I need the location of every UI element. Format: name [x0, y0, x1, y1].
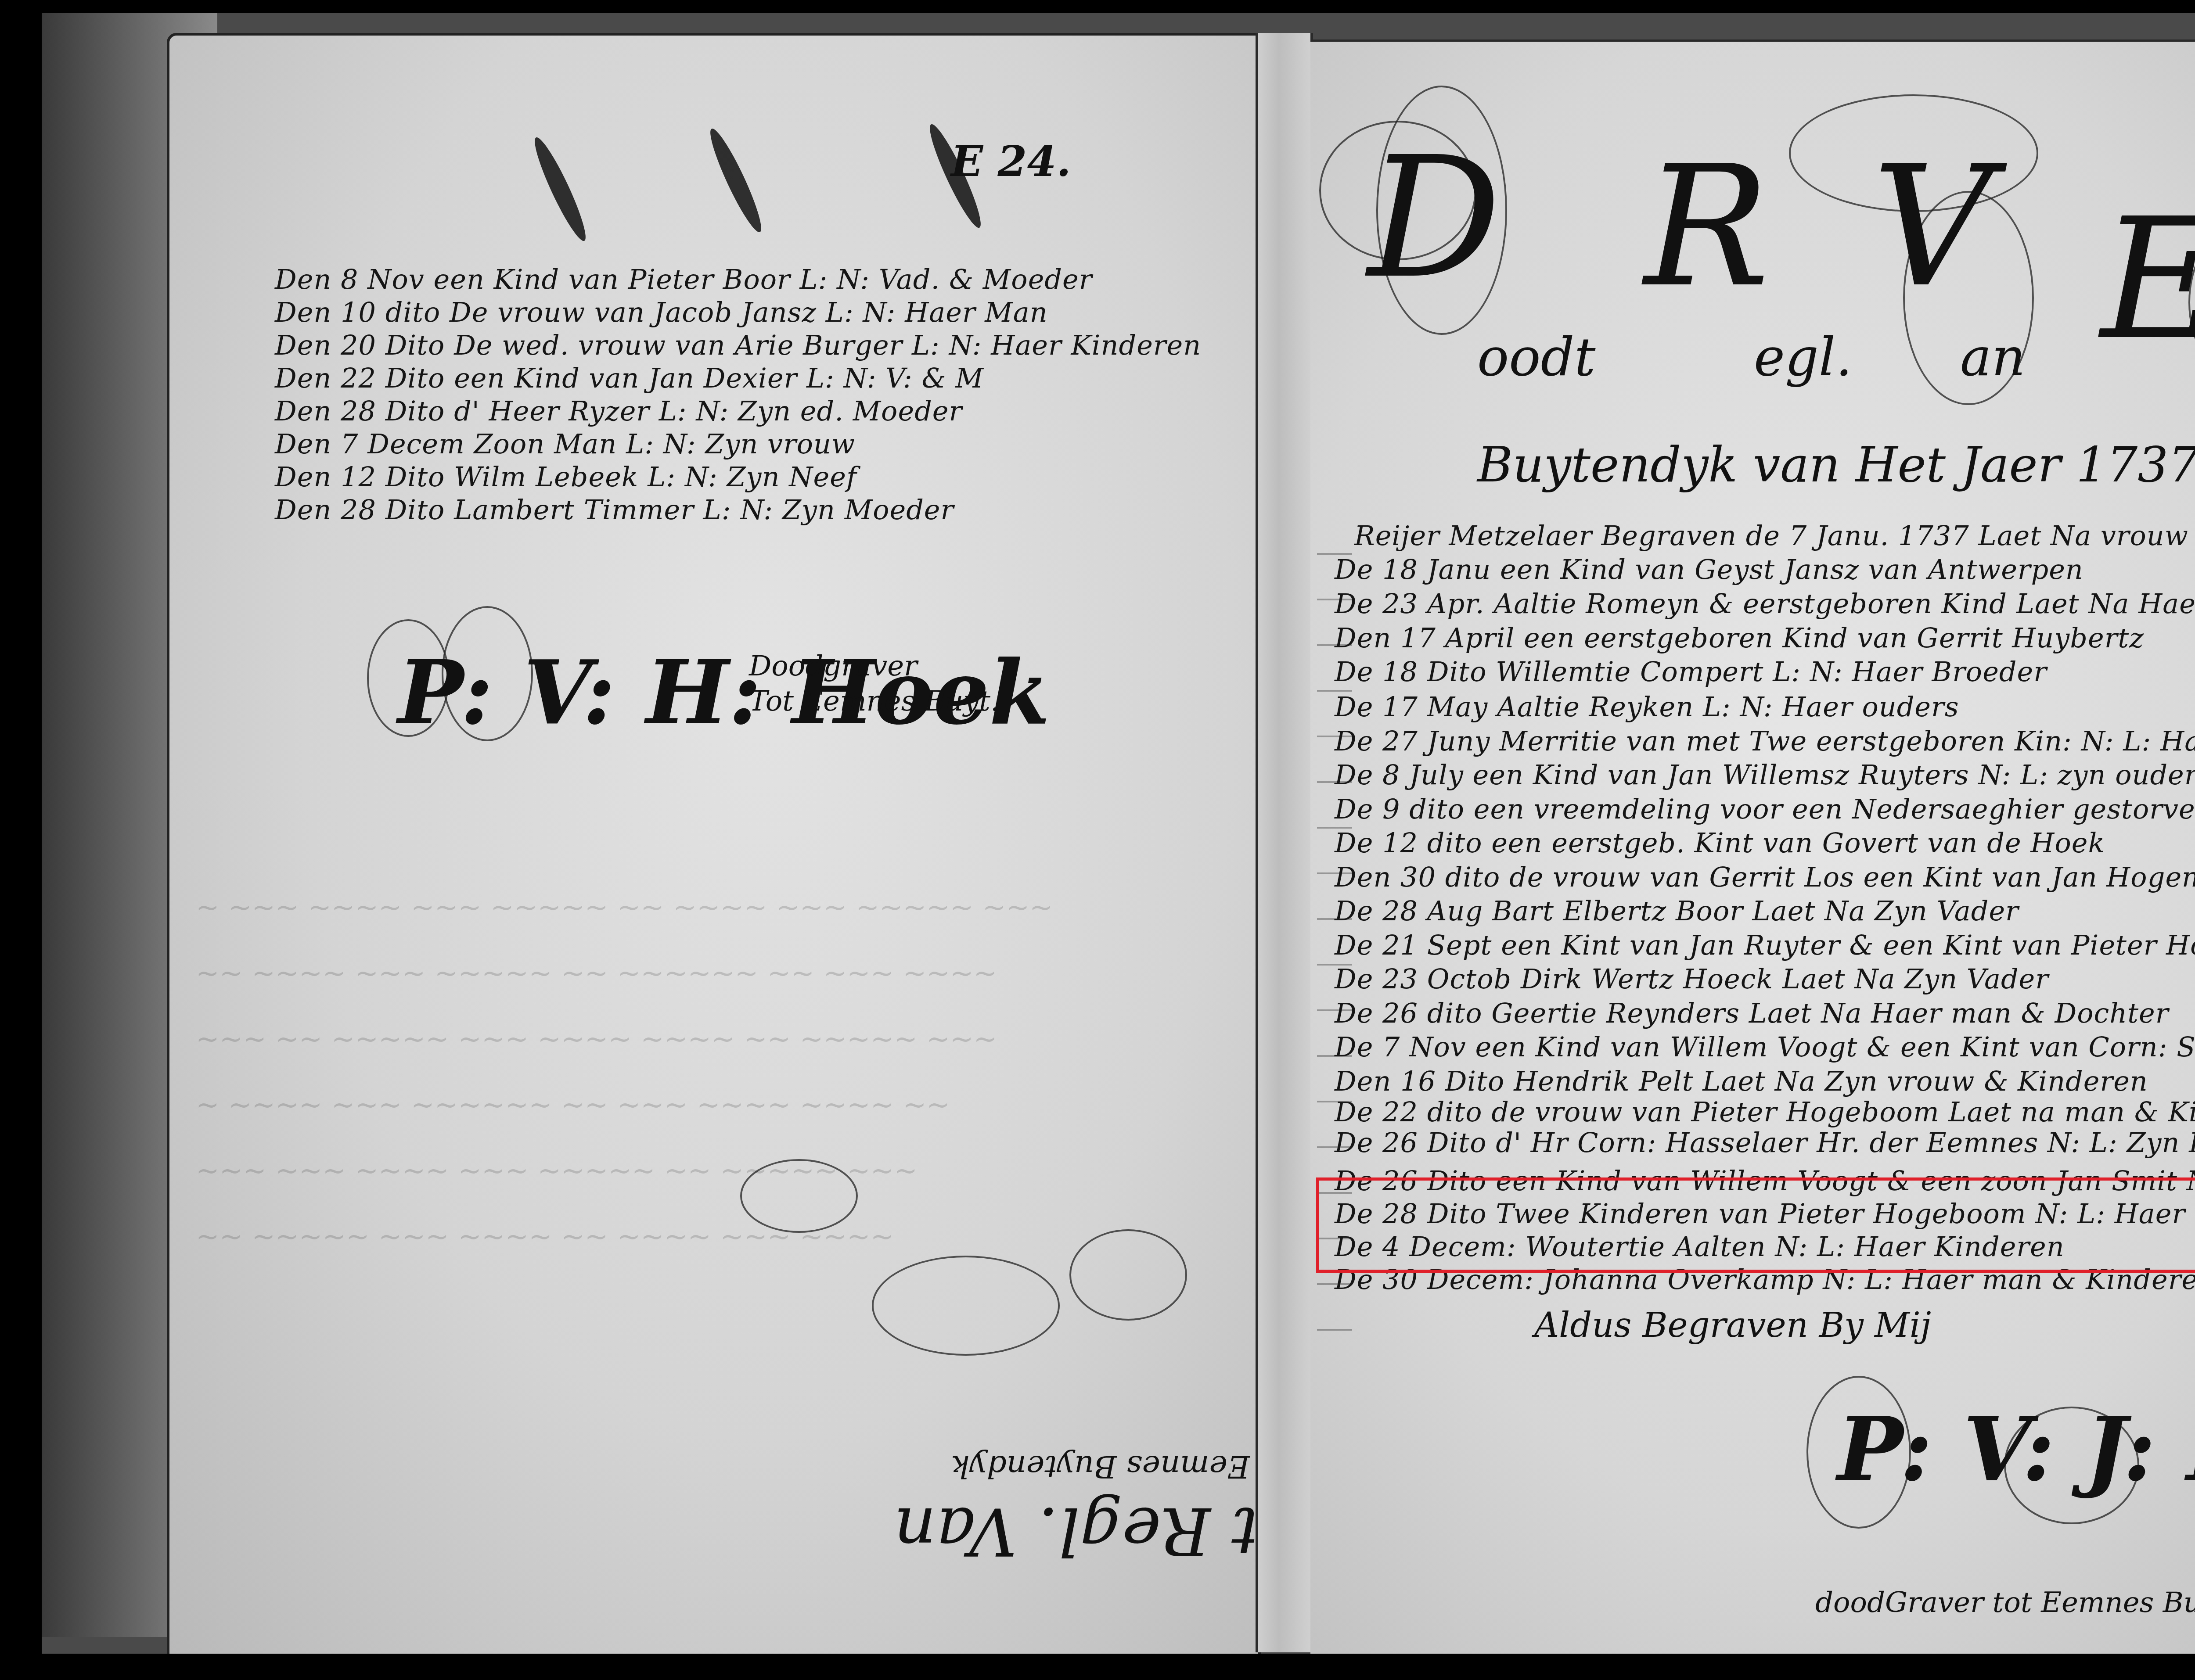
page-subtitle: Buytendyk van Het Jaer 1737: [1477, 437, 2195, 493]
register-entry: De 26 dito Geertie Reynders Laet Na Haer…: [1335, 1000, 2169, 1027]
bleed-through-line: ~ ~~~ ~~~~ ~~~ ~~~~~ ~~ ~~~~ ~~~ ~~~~~ ~…: [196, 891, 1053, 924]
register-entry: De 21 Sept een Kint van Jan Ruyter & een…: [1335, 932, 2195, 959]
highlight-box: [1316, 1177, 2195, 1273]
register-entry: De 22 dito de vrouw van Pieter Hogeboom …: [1335, 1098, 2195, 1126]
register-entry: De 23 Octob Dirk Wertz Hoeck Laet Na Zyn…: [1335, 966, 2049, 993]
signature-title: doodGraver tot Eemnes Buytendijk: [1815, 1587, 2195, 1619]
title-initial: R: [1644, 129, 1765, 324]
register-entry: Reijer Metzelaer Begraven de 7 Janu. 173…: [1354, 522, 2195, 549]
register-entry: De 9 dito een vreemdeling voor een Neder…: [1335, 796, 2195, 823]
register-entry: Den 12 Dito Wilm Lebeek L: N: Zyn Neef: [275, 463, 857, 491]
register-entry: De 26 Dito d' Hr Corn: Hasselaer Hr. der…: [1335, 1129, 2195, 1156]
title-word: egl.: [1754, 327, 1852, 388]
page-edges-spine: [1256, 33, 1313, 1652]
bleed-through-line: ~ ~~~~ ~~~ ~~~~~~ ~~ ~~~ ~~~~ ~~~~ ~~: [196, 1089, 950, 1121]
bottom-shadow: [42, 1654, 2195, 1680]
register-entry: De 28 Aug Bart Elbertz Boor Laet Na Zyn …: [1335, 897, 2019, 925]
register-entry: De 18 Dito Willemtie Compert L: N: Haer …: [1335, 658, 2047, 686]
register-entry: De 12 dito een eerstgeb. Kint van Govert…: [1335, 829, 2105, 857]
title-word: oodt: [1477, 327, 1596, 388]
flourish: [740, 1159, 858, 1233]
register-entry: Den 22 Dito een Kind van Jan Dexier L: N…: [275, 365, 984, 392]
register-entry: Den 30 dito de vrouw van Gerrit Los een …: [1335, 864, 2195, 891]
bleed-through-line: ~~ ~~~~ ~~~ ~~~~~ ~~ ~~~~~~ ~~ ~~~ ~~~~: [196, 957, 997, 990]
register-entry: De 7 Nov een Kind van Willem Voogt & een…: [1335, 1034, 2195, 1061]
page-number: E 24.: [951, 136, 1071, 186]
right-page: D oodt R egl. V an E emnes Buytendyk van…: [1310, 39, 2195, 1661]
register-entry: Den 17 April een eerstgeboren Kind van G…: [1335, 625, 2144, 652]
title-initial: E: [2101, 182, 2195, 377]
register-entry: De 27 Juny Merritie van met Twe eerstgeb…: [1335, 728, 2195, 755]
title-word: an: [1960, 327, 2026, 388]
signature: P: V: J: Hoek: [1837, 1398, 2195, 1501]
flourish: [1069, 1229, 1187, 1321]
register-entry: Den 28 Dito d' Heer Ryzer L: N: Zyn ed. …: [275, 398, 962, 425]
register-entry: Den 10 dito De vrouw van Jacob Jansz L: …: [275, 299, 1048, 326]
register-entry: De 17 May Aaltie Reyken L: N: Haer ouder…: [1335, 693, 1959, 721]
register-entry: Den 8 Nov een Kind van Pieter Boor L: N:…: [275, 266, 1092, 293]
signature-title: Doodgraver: [749, 650, 918, 682]
left-page: ~ ~~~ ~~~~ ~~~ ~~~~~ ~~ ~~~~ ~~~ ~~~~~ ~…: [167, 33, 1261, 1658]
register-entry: De 18 Janu een Kind van Geyst Jansz van …: [1335, 556, 2083, 583]
signature-title: Tot Eemnes Buyt.: [749, 685, 999, 718]
upside-down-subtitle: Eemnes Buytendyk: [951, 1449, 1250, 1485]
calligraphy-stroke: [704, 125, 768, 236]
register-entry: Den 28 Dito Lambert Timmer L: N: Zyn Moe…: [275, 496, 954, 524]
title-initial: V: [1872, 129, 1988, 324]
bleed-through-line: ~~~ ~~ ~~~~~ ~~~ ~~~~ ~~~~ ~~ ~~~~~ ~~~: [196, 1023, 997, 1055]
closing-line: Aldus Begraven By Mij: [1534, 1306, 1931, 1345]
calligraphy-stroke: [528, 134, 592, 245]
flourish: [872, 1256, 1060, 1356]
register-entry: De 23 Apr. Aaltie Romeyn & eerstgeboren …: [1335, 590, 2195, 617]
title-initial: D: [1367, 121, 1497, 315]
register-entry: Den 20 Dito De wed. vrouw van Arie Burge…: [275, 332, 1201, 359]
register-entry: Den 16 Dito Hendrik Pelt Laet Na Zyn vro…: [1335, 1068, 2148, 1095]
register-entry: De 8 July een Kind van Jan Willemsz Ruyt…: [1335, 761, 2195, 789]
register-entry: Den 7 Decem Zoon Man L: N: Zyn vrouw: [275, 431, 855, 458]
